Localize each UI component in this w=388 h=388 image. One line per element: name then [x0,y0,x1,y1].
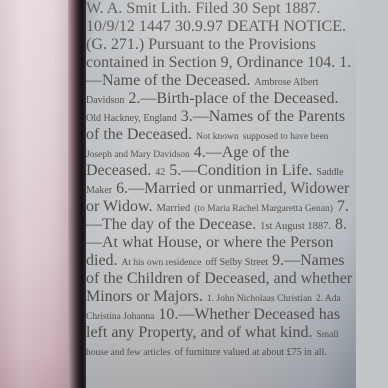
field-value-9a: 1. John Nicholaas Christian [207,294,312,304]
death-notice-photo: W. A. Smit Lith. Filed 30 Sept 1887. 10/… [0,0,388,388]
field-value-8a: At his own residence [122,258,202,268]
printer-mark: W. A. Smit Lith. [86,0,191,17]
death-notice-page: W. A. Smit Lith. Filed 30 Sept 1887. 10/… [86,0,356,388]
field-value-2: Old Hackney, England [86,113,177,124]
partial-date-note: 10/9/12 [86,18,135,35]
red-date-note: 30.9.97 [175,18,223,35]
field-value-4: 42 [155,167,165,178]
field-label-10b: what kind. [245,324,313,341]
field-label-9b: Minors or Majors. [86,288,203,305]
field-value-8b: off Selby Street [206,257,269,268]
form-reference: (G. 271.) [86,36,144,53]
field-label-5: 5.—Condition in Life. [169,162,312,179]
form-title: DEATH NOTICE. [227,18,346,35]
page-edges [356,0,388,388]
field-label-2: 2.—Birth-place of the Deceased. [128,90,338,107]
field-value-7: 1st August 1887. [260,221,331,232]
field-value-6b: (to Maria Rachel Margaretta Genan) [194,204,333,214]
field-value-3a: Not known [196,132,239,142]
filed-annotation: Filed 30 Sept 1887. [195,0,320,17]
file-number: 1447 [139,18,171,35]
facing-page [0,0,74,388]
field-value-6a: Married [156,203,190,214]
field-value-10b: of furniture valued at about £75 in all. [175,347,327,358]
